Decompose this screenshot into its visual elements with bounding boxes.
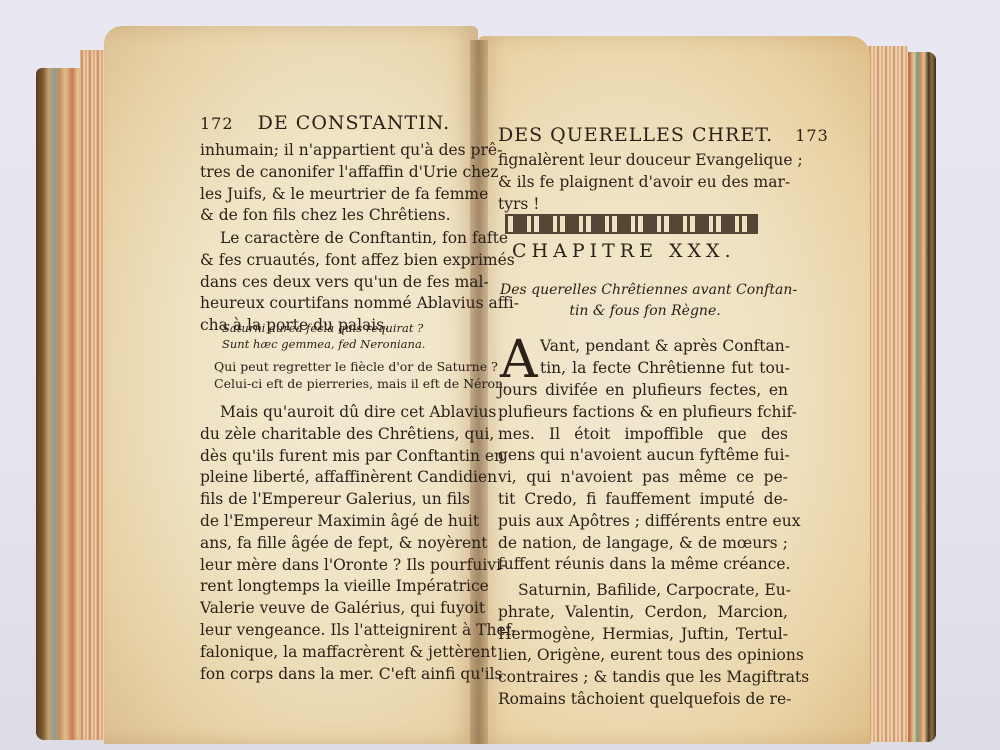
latin-verse: Saturni aurea fecla quis requirat ? Sunt…: [222, 320, 425, 352]
text-line: Saturnin, Bafilide, Carpocrate, Eu-: [498, 580, 788, 602]
text-line: & de fon fils chez les Chrêtiens.: [200, 205, 470, 227]
text-line: dans ces deux vers qu'un de fes mal-: [200, 272, 470, 294]
text-line: du zèle charitable des Chrêtiens, qui,: [200, 424, 470, 446]
right-running-head: DES QUERELLES CHRET. 173: [498, 124, 788, 146]
text-line: pleine liberté, affaffinèrent Candidien: [200, 467, 470, 489]
text-line: Valerie veuve de Galérius, qui fuyoit: [200, 598, 470, 620]
subtitle-line: tin & fous fon Règne.: [500, 301, 790, 322]
text-line: fon corps dans la mer. C'eft ainfi qu'il…: [200, 664, 470, 686]
text-line: heureux courtifans nommé Ablavius affi-: [200, 293, 470, 315]
text-line: mes. Il étoit impoffible que des: [498, 424, 788, 446]
text-line: lien, Origène, eurent tous des opinions: [498, 645, 788, 667]
left-header-title: DE CONSTANTIN.: [258, 112, 451, 134]
chapter-title: CHAPITRE XXX.: [512, 240, 736, 262]
french-translation: Qui peut regretter le fiècle d'or de Sat…: [214, 358, 507, 392]
right-page-number: 173: [795, 126, 829, 145]
text-line: plufieurs factions & en plufieurs fchif-: [498, 402, 788, 424]
text-line: tyrs !: [498, 194, 788, 216]
translation-line: Qui peut regretter le fiècle d'or de Sat…: [214, 358, 507, 375]
text-line: Mais qu'auroit dû dire cet Ablavius: [200, 402, 470, 424]
text-line: fils de l'Empereur Galerius, un fils: [200, 489, 470, 511]
chapter-subtitle: Des querelles Chrêtiennes avant Conftan-…: [500, 280, 790, 322]
text-line: falonique, la maffacrèrent & jettèrent: [200, 642, 470, 664]
text-line: Romains tâchoient quelquefois de re-: [498, 689, 788, 711]
right-paragraph-3: Saturnin, Bafilide, Carpocrate, Eu- phra…: [498, 580, 788, 711]
left-running-head: 172 DE CONSTANTIN.: [200, 112, 470, 134]
text-line: leur vengeance. Ils l'atteignirent à The…: [200, 620, 470, 642]
text-line: gens qui n'avoient aucun fyftême fui-: [498, 445, 788, 467]
right-fore-edge: [868, 46, 908, 742]
left-paragraph-1: inhumain; il n'appartient qu'à des prê- …: [200, 140, 470, 227]
verse-line: Saturni aurea fecla quis requirat ?: [222, 320, 425, 336]
text-line: tit Credo, fi fauffement imputé de-: [498, 489, 788, 511]
text-line: phrate, Valentin, Cerdon, Marcion,: [498, 602, 788, 624]
left-page-number: 172: [200, 114, 234, 133]
text-line: les Juifs, & le meurtrier de fa femme: [200, 184, 470, 206]
text-line: dès qu'ils furent mis par Conftantin en: [200, 446, 470, 468]
text-line: fignalèrent leur douceur Evangelique ;: [498, 150, 788, 172]
text-line: inhumain; il n'appartient qu'à des prê-: [200, 140, 470, 162]
text-line: vi, qui n'avoient pas même ce pe-: [498, 467, 788, 489]
right-paragraph-2: jours divifée en plufieurs fectes, en pl…: [498, 380, 788, 576]
text-line: leur mère dans l'Oronte ? Ils pourfuivi-: [200, 555, 470, 577]
subtitle-line: Des querelles Chrêtiennes avant Conftan-: [500, 280, 790, 301]
text-line: de nation, de langage, & de mœurs ;: [498, 533, 788, 555]
text-line: tres de canonifer l'affaffin d'Urie chez: [200, 162, 470, 184]
text-line: Vant, pendant & après Conftan-: [540, 336, 790, 358]
decorative-ornament-band: [505, 214, 758, 234]
open-book: 172 DE CONSTANTIN. inhumain; il n'appart…: [0, 0, 1000, 750]
text-line: contraires ; & tandis que les Magiftrats: [498, 667, 788, 689]
text-line: jours divifée en plufieurs fectes, en: [498, 380, 788, 402]
text-line: puis aux Apôtres ; différents entre eux: [498, 511, 788, 533]
drop-cap: A: [500, 334, 538, 386]
translation-line: Celui-ci eft de pierreries, mais il eft …: [214, 375, 507, 392]
text-line: ans, fa fille âgée de fept, & noyèrent: [200, 533, 470, 555]
text-line: & ils fe plaignent d'avoir eu des mar-: [498, 172, 788, 194]
right-paragraph-1: fignalèrent leur douceur Evangelique ; &…: [498, 150, 788, 215]
text-line: & fes cruautés, font affez bien exprimés: [200, 250, 470, 272]
text-line: Le caractère de Conftantin, fon fafte: [200, 228, 470, 250]
text-line: Hermogène, Hermias, Juftin, Tertul-: [498, 624, 788, 646]
text-line: fuffent réunis dans la même créance.: [498, 554, 788, 576]
chapter-heading: CHAPITRE XXX.: [512, 240, 736, 262]
verse-line: Sunt hæc gemmea, fed Neroniana.: [222, 336, 425, 352]
text-line: de l'Empereur Maximin âgé de huit: [200, 511, 470, 533]
right-header-title: DES QUERELLES CHRET.: [498, 124, 773, 146]
right-paragraph-2-dropcap-lines: Vant, pendant & après Conftan- tin, la f…: [540, 336, 790, 380]
left-paragraph-3: Mais qu'auroit dû dire cet Ablavius du z…: [200, 402, 470, 685]
text-line: rent longtemps la vieille Impératrice: [200, 576, 470, 598]
text-line: tin, la fecte Chrêtienne fut tou-: [540, 358, 790, 380]
